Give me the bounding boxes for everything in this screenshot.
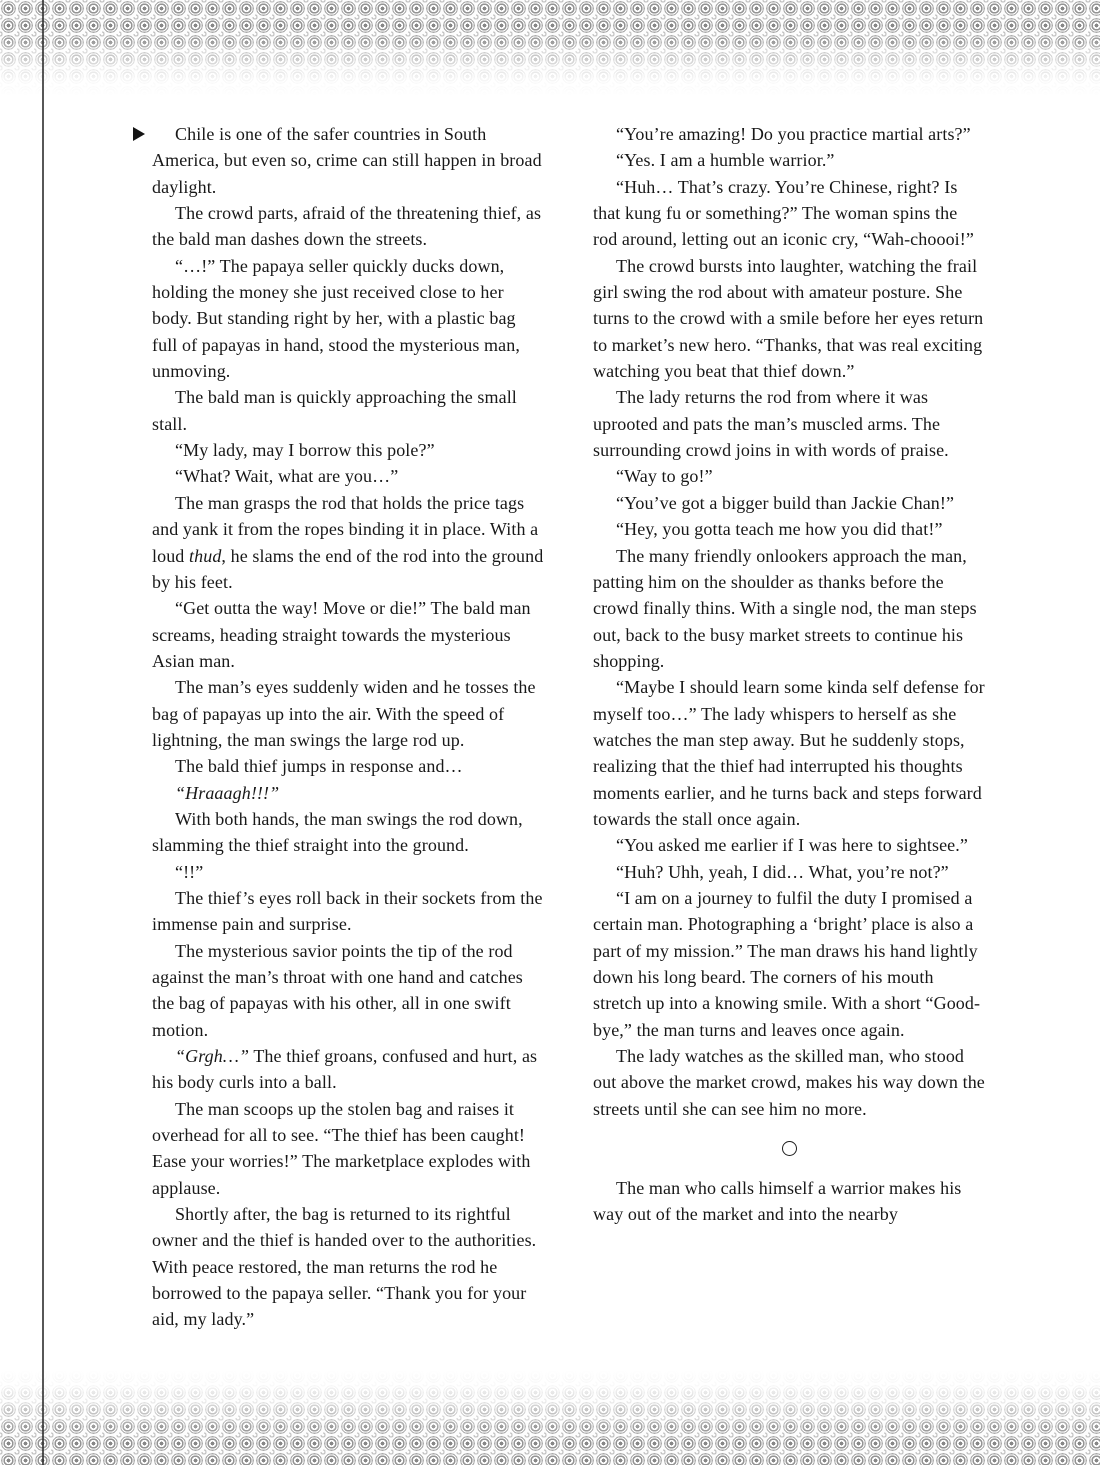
paragraph: “…!” The papaya seller quickly ducks dow… [152, 253, 544, 385]
paragraph: “You’ve got a bigger build than Jackie C… [593, 490, 985, 516]
paragraph: The crowd bursts into laughter, watching… [593, 253, 985, 385]
page-edge-line [42, 0, 44, 1465]
paragraph: “My lady, may I borrow this pole?” [152, 437, 544, 463]
paragraph: The many friendly onlookers approach the… [593, 543, 985, 675]
triangle-marker-icon [133, 127, 145, 141]
paragraph: “Yes. I am a humble warrior.” [593, 147, 985, 173]
paragraph: The mysterious savior points the tip of … [152, 938, 544, 1043]
paragraph: “You’re amazing! Do you practice martial… [593, 121, 985, 147]
paragraph: “Get outta the way! Move or die!” The ba… [152, 595, 544, 674]
paragraph: Shortly after, the bag is returned to it… [152, 1201, 544, 1333]
paragraph: The thief’s eyes roll back in their sock… [152, 885, 544, 938]
paragraph: “!!” [152, 859, 544, 885]
paragraph: “Way to go!” [593, 463, 985, 489]
paragraph: The crowd parts, afraid of the threateni… [152, 200, 544, 253]
paragraph: “What? Wait, what are you…” [152, 463, 544, 489]
paragraph: Chile is one of the safer countries in S… [152, 121, 544, 200]
paragraph: “Maybe I should learn some kinda self de… [593, 674, 985, 832]
paragraph: “Hraaagh!!!” [152, 780, 544, 806]
paragraph: The bald thief jumps in response and… [152, 753, 544, 779]
text-column-right: “You’re amazing! Do you practice martial… [593, 121, 985, 1228]
paragraph: The man grasps the rod that holds the pr… [152, 490, 544, 595]
circle-divider-icon [782, 1141, 797, 1156]
text-column-left: Chile is one of the safer countries in S… [152, 121, 544, 1333]
ornament-border-bottom [0, 1367, 1100, 1465]
paragraph: “Huh… That’s crazy. You’re Chinese, righ… [593, 174, 985, 253]
paragraph: “I am on a journey to fulfil the duty I … [593, 885, 985, 1043]
paragraph: The man scoops up the stolen bag and rai… [152, 1096, 544, 1201]
paragraph: “Huh? Uhh, yeah, I did… What, you’re not… [593, 859, 985, 885]
paragraph: The bald man is quickly approaching the … [152, 384, 544, 437]
paragraph: The man who calls himself a warrior make… [593, 1175, 985, 1228]
paragraph: The lady watches as the skilled man, who… [593, 1043, 985, 1122]
paragraph: “Grgh…” The thief groans, confused and h… [152, 1043, 544, 1096]
paragraph: The lady returns the rod from where it w… [593, 384, 985, 463]
section-divider [593, 1122, 985, 1175]
paragraph: “Hey, you gotta teach me how you did tha… [593, 516, 985, 542]
paragraph: With both hands, the man swings the rod … [152, 806, 544, 859]
ornament-border-top [0, 0, 1100, 100]
paragraph: The man’s eyes suddenly widen and he tos… [152, 674, 544, 753]
paragraph: “You asked me earlier if I was here to s… [593, 832, 985, 858]
